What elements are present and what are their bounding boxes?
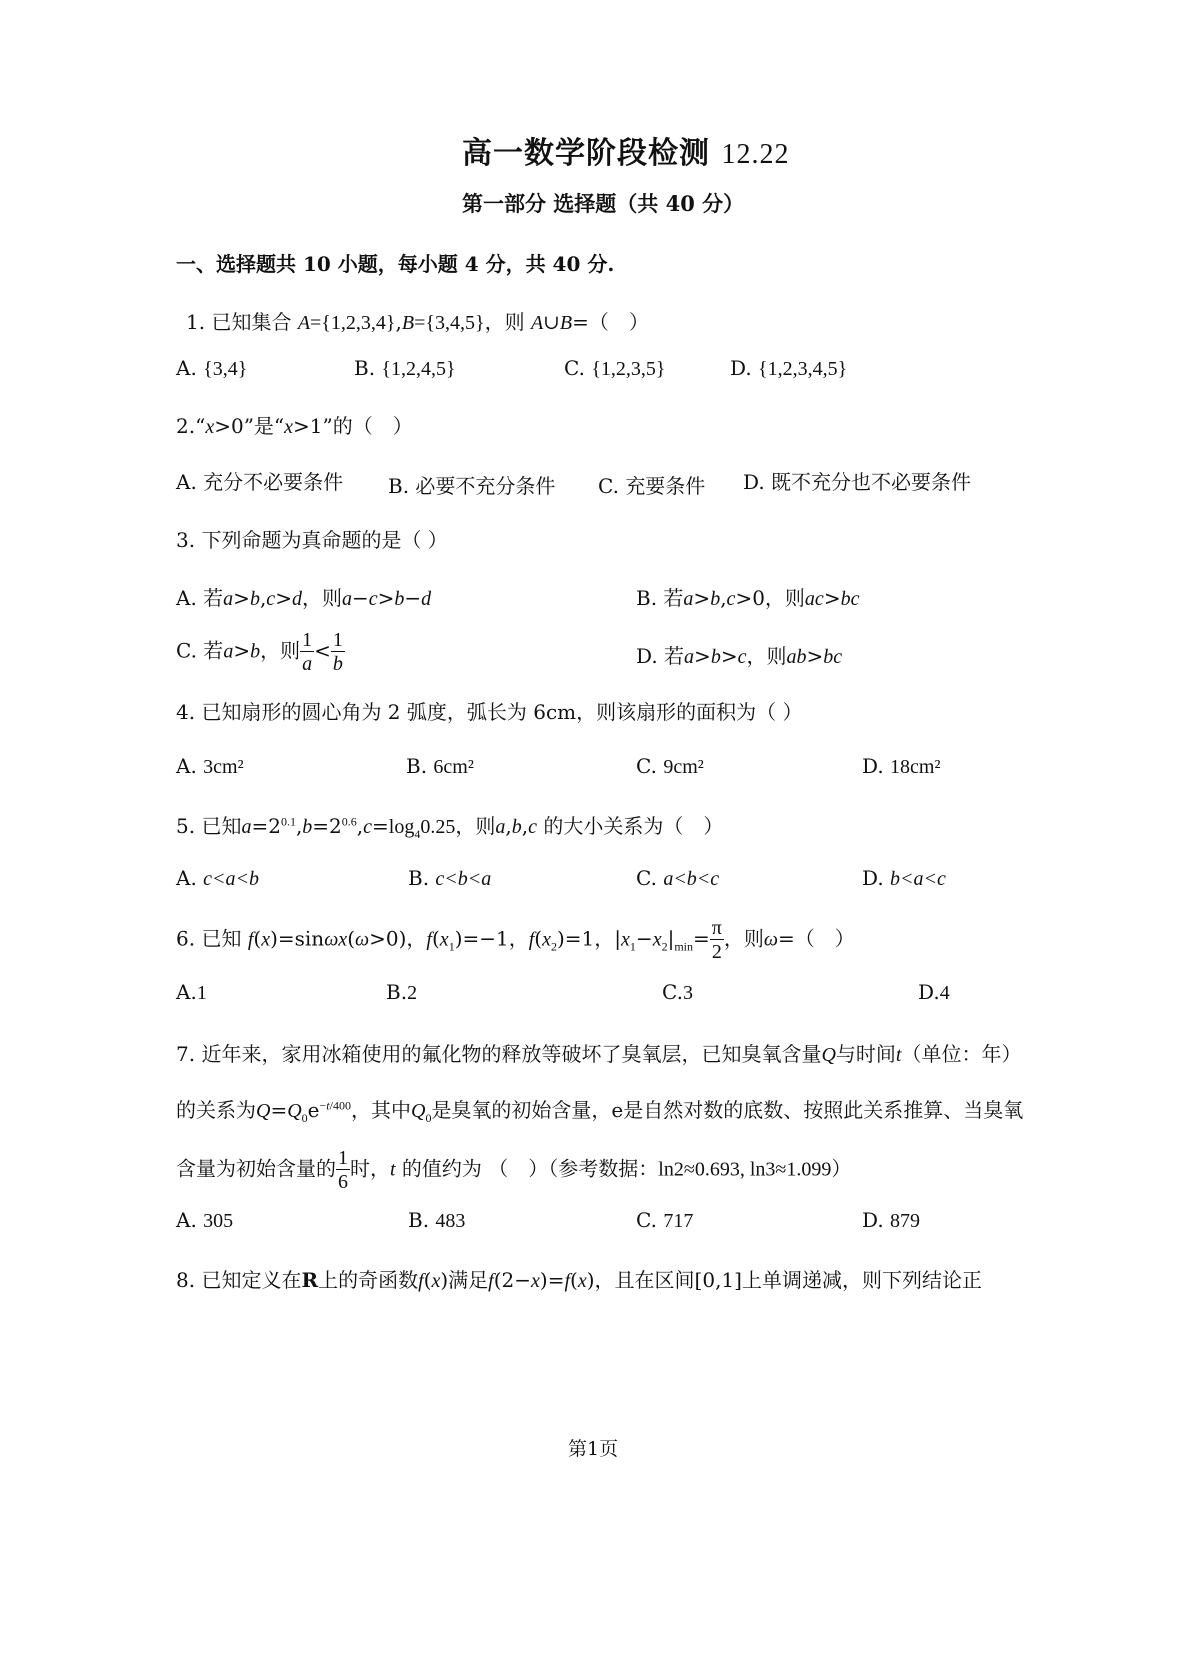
question-2-option-c: C. 充要条件 bbox=[598, 470, 705, 499]
part-title: 第一部分 选择题（共 40 分） bbox=[462, 188, 744, 218]
question-8-stem: 8. 已知定义在R上的奇函数f(x)满足f(2−x)=f(x)，且在区间[0,1… bbox=[176, 1264, 982, 1293]
question-5-option-d: D. b<a<c bbox=[862, 866, 946, 891]
question-7-option-d: D. 879 bbox=[862, 1208, 920, 1233]
question-4-option-b: B. 6cm² bbox=[406, 754, 474, 779]
question-5-stem: 5. 已知a=20.1,b=20.6,c=log40.25，则a,b,c 的大小… bbox=[176, 810, 723, 842]
page-title: 高一数学阶段检测 12.22 bbox=[462, 128, 789, 172]
question-3-stem: 3. 下列命题为真命题的是（ ） bbox=[176, 524, 448, 553]
page-number: 第1页 bbox=[568, 1434, 618, 1461]
question-1-option-a: A. {3,4} bbox=[176, 356, 247, 381]
title-date: 12.22 bbox=[721, 139, 789, 170]
question-7-option-a: A. 305 bbox=[176, 1208, 233, 1233]
question-2-option-b: B. 必要不充分条件 bbox=[388, 470, 555, 499]
question-6-option-b: B.2 bbox=[386, 980, 417, 1005]
question-1-stem: 1. 已知集合 A={1,2,3,4},B={3,4,5}，则 A∪B=（ ） bbox=[186, 306, 649, 335]
question-number: 7. bbox=[176, 1042, 195, 1066]
question-3-option-a: A. 若a>b,c>d，则a−c>b−d bbox=[176, 582, 431, 611]
question-5-option-b: B. c<b<a bbox=[408, 866, 491, 891]
question-3-option-d: D. 若a>b>c，则ab>bc bbox=[636, 640, 842, 669]
question-1-option-c: C. {1,2,3,5} bbox=[564, 356, 666, 381]
question-number: 3. bbox=[176, 528, 195, 552]
question-number: 5. bbox=[176, 814, 195, 838]
exam-page: 高一数学阶段检测 12.22 第一部分 选择题（共 40 分） 一、选择题共 1… bbox=[0, 0, 1190, 1678]
question-6-option-d: D.4 bbox=[918, 980, 950, 1005]
question-7-option-b: B. 483 bbox=[408, 1208, 465, 1233]
question-4-stem: 4. 已知扇形的圆心角为 2 弧度，弧长为 6cm，则该扇形的面积为（ ） bbox=[176, 696, 803, 725]
question-4-option-a: A. 3cm² bbox=[176, 754, 244, 779]
question-7-stem-line-3: 含量为初始含量的16时，t 的值约为 （ ）（参考数据：ln2≈0.693, l… bbox=[176, 1148, 851, 1192]
title-text: 高一数学阶段检测 bbox=[462, 136, 710, 171]
question-number: 1. bbox=[186, 310, 205, 334]
question-3-option-c: C. 若a>b，则1a<1b bbox=[176, 630, 345, 674]
question-7-option-c: C. 717 bbox=[636, 1208, 693, 1233]
question-7-stem-line-1: 7. 近年来，家用冰箱使用的氟化物的释放等破坏了臭氧层，已知臭氧含量Q与时间t（… bbox=[176, 1038, 1021, 1067]
question-number: 4. bbox=[176, 700, 195, 724]
question-6-option-a: A.1 bbox=[176, 980, 207, 1005]
question-6-option-c: C.3 bbox=[662, 980, 693, 1005]
question-2-option-d: D. 既不充分也不必要条件 bbox=[743, 466, 971, 495]
question-number: 2. bbox=[176, 414, 195, 438]
section-title: 一、选择题共 10 小题，每小题 4 分，共 40 分. bbox=[176, 248, 614, 277]
question-5-option-a: A. c<a<b bbox=[176, 866, 259, 891]
question-2-option-a: A. 充分不必要条件 bbox=[176, 466, 343, 495]
question-6-stem: 6. 已知 f(x)=sinωx(ω>0)，f(x1)=−1，f(x2)=1，|… bbox=[176, 918, 855, 962]
question-number: 6. bbox=[176, 927, 195, 951]
question-3-option-b: B. 若a>b,c>0，则ac>bc bbox=[636, 582, 859, 611]
question-4-option-c: C. 9cm² bbox=[636, 754, 704, 779]
question-4-option-d: D. 18cm² bbox=[862, 754, 940, 779]
question-1-option-d: D. {1,2,3,4,5} bbox=[730, 356, 847, 381]
question-5-option-c: C. a<b<c bbox=[636, 866, 719, 891]
question-1-option-b: B. {1,2,4,5} bbox=[354, 356, 456, 381]
question-number: 8. bbox=[176, 1268, 195, 1292]
question-7-stem-line-2: 的关系为Q=Q0e−t/400，其中Q0是臭氧的初始含量，e是自然对数的底数、按… bbox=[176, 1094, 1023, 1126]
question-2-stem: 2.“x>0”是“x>1”的（ ） bbox=[176, 410, 413, 439]
